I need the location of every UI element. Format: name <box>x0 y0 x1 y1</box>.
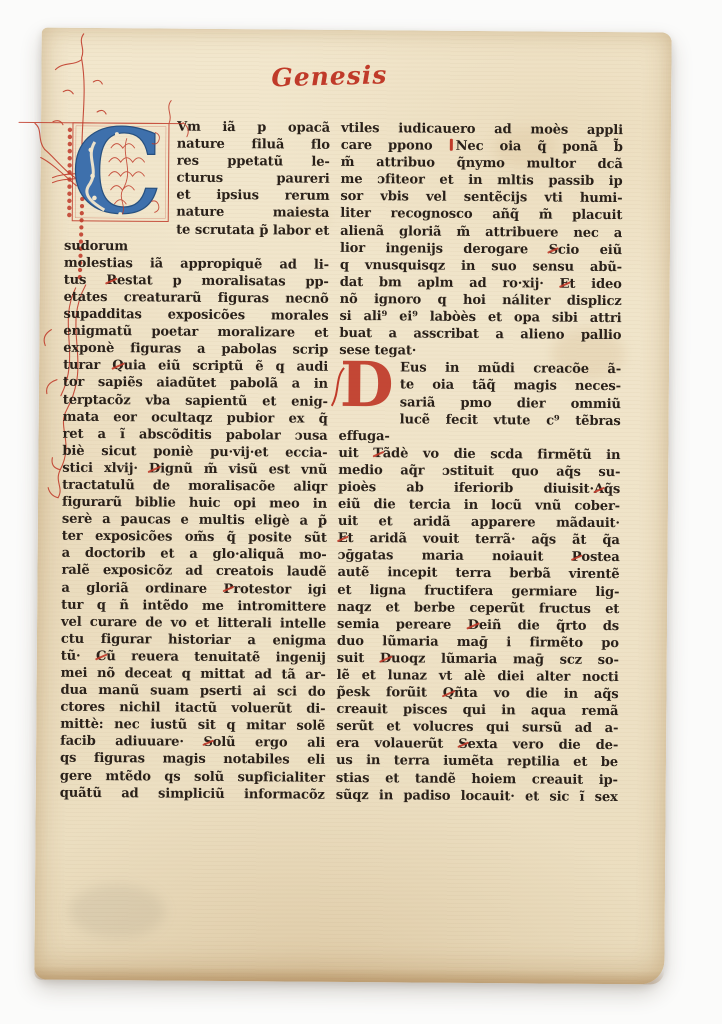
manuscript-page: Genesis <box>34 28 671 985</box>
text-line: dua manũ suam pserti ai sci do <box>60 682 325 701</box>
text-segment: uia eiũ scriptũ ẽ q audi <box>123 359 328 376</box>
text-segment: suit <box>337 651 380 666</box>
rubric-paragraph-mark <box>450 139 453 151</box>
text-line: etates creaturarũ figuras necnõ <box>64 289 329 308</box>
text-segment: q̃s <box>604 482 620 497</box>
text-line: a gloriã ordinare Protestor igi <box>61 579 326 598</box>
text-line: ter exposicões om̃s q̃ posite sũt <box>62 528 327 547</box>
text-line: ɔḡgatas maria noiauit Postea <box>338 547 620 566</box>
text-segment: ñta vo die in aq̃s <box>454 686 619 702</box>
text-line: tor sapiẽs aiadũtet pabolã a in <box>63 374 328 393</box>
text-line: tũ· Cũ reuera tenuitatẽ ingenij <box>61 648 326 667</box>
rubricated-letter: T <box>373 445 383 462</box>
text-segment: olũ ergo ali <box>213 735 326 751</box>
text-line: uit et aridã apparere mãdauit· <box>338 513 620 532</box>
text-column-right: vtiles iudicauero ad moès applicare ppon… <box>336 120 623 806</box>
text-line: us in terra iumẽta reptilia et be <box>336 752 618 771</box>
text-block: C <box>60 118 623 806</box>
text-segment: pioès ab iferiorib diuisit· <box>338 480 594 497</box>
text-segment: era volauerũt <box>336 736 458 752</box>
text-line: sũqz in padiso locauit· et sic ĩ sex <box>336 787 618 806</box>
text-segment: tũ· <box>61 649 96 664</box>
text-segment: ãdè vo die scda firmẽtũ in <box>383 446 621 463</box>
text-line: supadditas exposicões morales <box>63 306 328 325</box>
text-segment: t ideo <box>569 277 621 292</box>
text-line: biè sicut poniè pu·vij·et eccia- <box>62 442 327 461</box>
text-line: era volauerũt Sexta vero die de- <box>336 735 618 754</box>
rubricated-letter: S <box>203 734 212 751</box>
paragraph-2: D Eus in mũdi creacõe ã-te oia tãq̃ magi… <box>336 359 621 806</box>
text-line: sor vbis vel sentẽcijs vti humi- <box>340 188 622 207</box>
text-segment: Nec oia q̃ ponã b̃ <box>456 139 623 155</box>
text-segment: ɔḡgatas maria noiauit <box>338 548 572 565</box>
text-segment: uit <box>338 446 373 461</box>
text-line: alienã gloriã m̃ attribuere nec a <box>340 222 622 241</box>
rubricated-letter: C <box>96 648 106 665</box>
text-segment: dat bm aplm ad ro·xij· <box>340 275 560 292</box>
rubricated-letter: D <box>149 460 160 477</box>
text-line: duo lũmaria maḡ i firmẽto po <box>337 633 619 652</box>
text-segment: lior ingenijs derogare <box>340 241 549 258</box>
text-line: vel curare de vo et litterali intelle <box>61 613 326 632</box>
text-segment: a gloriã ordinare <box>61 580 223 596</box>
rubricated-letter: D <box>380 650 391 667</box>
text-line: q vnusquisqz in suo sensu abũ- <box>340 257 622 276</box>
text-line: m̃ attribuo q̃nymo multor dcã <box>341 154 623 173</box>
text-line: quãtũ ad simpliciũ informacõz <box>60 784 325 803</box>
text-line: tur q ñ intẽdo me intromittere <box>61 596 326 615</box>
rubricated-letter: E <box>559 275 569 292</box>
text-line: terptacõz vba sapientũ et enig- <box>63 391 328 410</box>
text-line: mata eor ocultaqz pubior ex q̃ <box>63 408 328 427</box>
rubricated-letter: A <box>594 481 604 498</box>
text-line: Et aridã vouit terrã· aq̃s ãt q̃a <box>338 530 620 549</box>
text-segment: uoqz lũmaria maḡ scz so- <box>391 651 619 668</box>
text-line: naqz et berbe ceperũt fructus et <box>337 599 619 618</box>
text-line: ret a ĩ abscõditis pabolar ɔusa <box>62 425 327 444</box>
rubricated-letter: Q <box>112 357 123 374</box>
text-line: tractatulũ de moralisacõe aliqr <box>62 477 327 496</box>
text-segment: ũ reuera tenuitatẽ ingenij <box>106 649 326 666</box>
text-segment: rotestor igi <box>233 582 326 598</box>
text-line: buat a asscribat a alieno pallio <box>339 325 621 344</box>
text-line: molestias iã appropiquẽ ad li- <box>64 254 329 273</box>
text-line: ralẽ exposicõz ad creatois laudẽ <box>61 562 326 581</box>
text-line: serè a paucas e multis eligè a p̃ <box>62 511 327 530</box>
illuminated-initial-c: C <box>64 120 171 225</box>
text-line: exponè figuras a pabolas scrip <box>63 340 328 359</box>
text-segment: cio eiũ <box>558 242 622 258</box>
text-line: qs figuras magis notabiles eli <box>60 750 325 769</box>
text-line: mei nõ deceat q mittat ad tã ar- <box>61 665 326 684</box>
text-line: autẽ incepit terra berbã virentẽ <box>337 564 619 583</box>
text-line: medio aq̃r ɔstituit quo aq̃s su- <box>338 462 620 481</box>
text-line: pioès ab iferiorib diuisit·Aq̃s <box>338 479 620 498</box>
text-line: et ligna fructifera germiare lig- <box>337 581 619 600</box>
text-line: serũt et volucres qui sursũ ad a- <box>336 718 618 737</box>
text-line: creauit pisces qui in aqua remã <box>336 701 618 720</box>
text-segment: semia pereare <box>337 617 468 633</box>
svg-text:D: D <box>340 348 394 421</box>
text-line: care ppono Nec oia q̃ ponã b̃ <box>341 137 623 156</box>
text-segment: ostea <box>581 550 619 565</box>
text-line: p̃esk forũit Qñta vo die in aq̃s <box>336 684 618 703</box>
text-line: gere mtẽdo qs solũ supficialiter <box>60 767 325 786</box>
text-line: mittè: nec iustũ sit q mitar solẽ <box>60 716 325 735</box>
text-line: me ɔfiteor et in mltis passib ip <box>340 171 622 190</box>
rubricated-initial-d: D <box>339 361 395 413</box>
text-segment: ignũ m̃ visũ est vnũ <box>160 461 327 477</box>
text-line: si ali⁹ ei⁹ labòès et opa sibi attri <box>339 308 621 327</box>
rubricated-letter: P <box>572 549 582 566</box>
text-line: ctores nichil itactũ voluerũt di- <box>60 699 325 718</box>
text-line: eiũ die tercia in locũ vnũ cober- <box>338 496 620 515</box>
text-column-left: C <box>60 118 330 804</box>
paragraph-1: vtiles iudicauero ad moès applicare ppon… <box>339 120 623 362</box>
text-segment: eiñ die q̃rto ds <box>479 618 619 634</box>
text-segment: p̃esk forũit <box>336 685 442 701</box>
rubricated-letter: S <box>458 736 467 753</box>
rubricated-letter: R <box>106 272 117 289</box>
text-line: ctu figurar historiar a enigma <box>61 631 326 650</box>
photo-background: Genesis <box>0 0 722 1024</box>
text-line: enigmatũ poetar moralizare et <box>63 323 328 342</box>
rubricated-letter: D <box>468 617 479 634</box>
text-segment: facib adiuuare· <box>60 734 203 750</box>
text-line: a doctorib et a glo·aliquã mo- <box>62 545 327 564</box>
text-line: lior ingenijs derogare Scio eiũ <box>340 240 622 259</box>
page-heading: Genesis <box>271 62 388 90</box>
text-segment: estat p moralisatas pp- <box>117 273 329 290</box>
text-line: facib adiuuare· Solũ ergo ali <box>60 733 325 752</box>
text-segment: t aridã vouit terrã· aq̃s ãt q̃a <box>348 531 620 548</box>
rubricated-letter: Q <box>443 685 454 702</box>
text-segment: exta vero die de- <box>467 737 618 753</box>
text-segment: stici xlvij· <box>62 461 149 477</box>
text-line: turar Quia eiũ scriptũ ẽ q audi <box>63 357 328 376</box>
initial-d-artwork: D <box>339 361 395 413</box>
text-line: uit Tãdè vo die scda firmẽtũ in <box>338 445 620 464</box>
text-line: stici xlvij· Dignũ m̃ visũ est vnũ <box>62 460 327 479</box>
rubricated-letter: E <box>338 530 348 547</box>
rubricated-letter: P <box>223 581 233 598</box>
text-line: suit Duoqz lũmaria maḡ scz so- <box>337 650 619 669</box>
text-segment: tus <box>64 273 107 288</box>
text-segment: care ppono <box>341 138 449 154</box>
text-line: liter recognosco añq̃ m̃ placuit <box>340 205 622 224</box>
text-line: stias et tandẽ hoiem creauit ip- <box>336 769 618 788</box>
text-line: semia pereare Deiñ die q̃rto ds <box>337 616 619 635</box>
text-segment: turar <box>63 358 112 373</box>
stain <box>69 884 165 939</box>
text-line: vtiles iudicauero ad moès appli <box>341 120 623 139</box>
text-line: tus Restat p moralisatas pp- <box>64 272 329 291</box>
text-line: nõ ignoro q hoi náliter displicz <box>340 291 622 310</box>
initial-c-artwork: C <box>64 120 171 225</box>
rubricated-letter: S <box>549 241 558 258</box>
text-line: dat bm aplm ad ro·xij· Et ideo <box>340 274 622 293</box>
text-line: figurarũ biblie huic opi meo in <box>62 494 327 513</box>
text-line: lẽ et lunaz vt alè diei alter nocti <box>337 667 619 686</box>
